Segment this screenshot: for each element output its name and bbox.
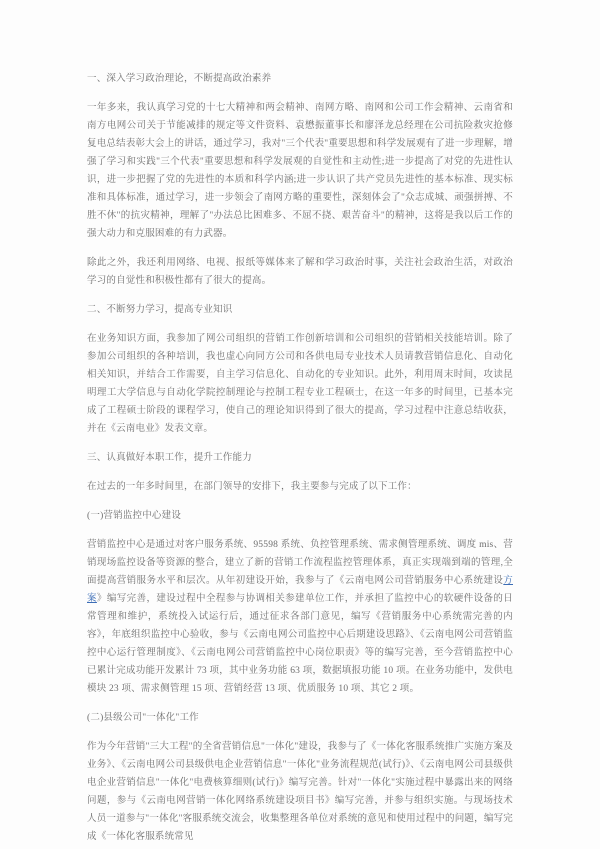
subsection-2-heading: (二)县级公司"一体化"工作 (87, 709, 513, 727)
subsection-1-text-before-link: 营销监控中心是通过对客户服务系统、95598 系统、负控管理系统、需求侧管理系统… (87, 540, 513, 586)
document-body: 一、深入学习政治理论，不断提高政治素养 一年多来，我认真学习党的十七大精神和两会… (87, 0, 513, 846)
section-1-paragraph-2: 除此之外，我还利用网络、电视、报纸等媒体来了解和学习政治时事，关注社会政治生活，… (87, 254, 513, 290)
subsection-1-heading: (一)营销监控中心建设 (87, 507, 513, 525)
subsection-1-paragraph: 营销监控中心是通过对客户服务系统、95598 系统、负控管理系统、需求侧管理系统… (87, 536, 513, 698)
section-3-heading: 三、认真做好本职工作，提升工作能力 (87, 449, 513, 467)
section-2-heading: 二、不断努力学习，提高专业知识 (87, 301, 513, 319)
subsection-2-paragraph: 作为今年营销"三大工程"的全省营销信息"一体化"建设，我参与了《一体化客服系统推… (87, 738, 513, 846)
section-3-intro: 在过去的一年多时间里，在部门领导的安排下，我主要参与完成了以下工作： (87, 478, 513, 496)
subsection-1-text-after-link: 》编写完善，建设过程中全程参与协调相关参建单位工作，并承担了监控中心的软硬件设备… (87, 594, 513, 694)
section-1-heading: 一、深入学习政治理论，不断提高政治素养 (87, 70, 513, 88)
document-page: 一、深入学习政治理论，不断提高政治素养 一年多来，我认真学习党的十七大精神和两会… (0, 0, 600, 849)
section-1-paragraph-1: 一年多来，我认真学习党的十七大精神和两会精神、南网方略、南网和公司工作会精神、云… (87, 99, 513, 243)
section-2-paragraph-1: 在业务知识方面，我参加了网公司组织的营销工作创新培训和公司组织的营销相关技能培训… (87, 330, 513, 438)
